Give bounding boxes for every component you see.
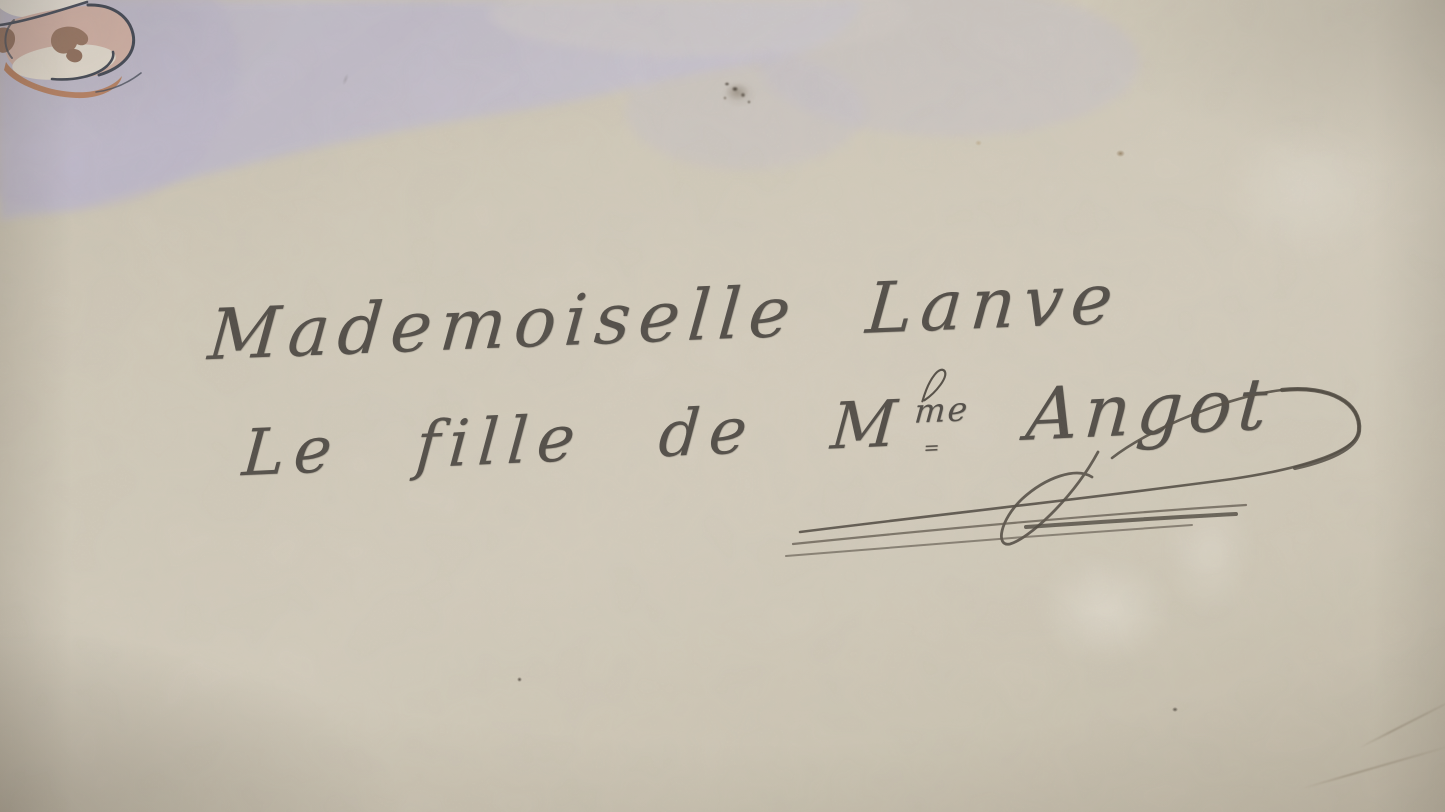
ink-outline-top (0, 2, 87, 25)
paper-speck (975, 140, 982, 146)
paper-speck (1172, 707, 1178, 712)
paper-speck (1116, 150, 1125, 157)
worn-light-patch (1190, 95, 1420, 285)
pink-sole-shape (4, 6, 134, 79)
photo-of-watercolor-inscription: Mademoiselle Lanve Le fille de M me = An… (0, 0, 1445, 812)
ink-outline-inner-bottom (52, 52, 113, 79)
worn-light-patch (1010, 535, 1200, 685)
brown-stain-center (51, 27, 88, 54)
rust-band (4, 62, 122, 98)
curl-path (922, 370, 945, 402)
fabric-shape (0, 0, 88, 17)
brown-stain-small (66, 49, 82, 62)
wash-top-light-band (490, 0, 910, 56)
g-descender-loop (1001, 452, 1098, 544)
ink-outline-sweep (96, 73, 141, 92)
paper-crease (1358, 697, 1445, 750)
wash-fade-right (760, 0, 1140, 137)
wash-fade-blot-area (625, 50, 865, 170)
signature-underline-2 (786, 525, 1192, 556)
handwritten-line-2: Le fille de M me = Angot (240, 361, 1277, 492)
ink-outline-right (88, 5, 134, 75)
paper-speck (517, 677, 522, 682)
ink-outline-left (5, 20, 14, 58)
wash-corner-boost (0, 0, 240, 210)
watercolor-artwork-fragment (0, 0, 190, 140)
worn-light-patch (1150, 455, 1270, 645)
signature-underline-dark (1026, 514, 1236, 527)
name-angot-text: Angot (1023, 361, 1276, 457)
handwritten-line-1: Mademoiselle Lanve (205, 257, 1124, 376)
flourish-swash-heavy (1282, 389, 1359, 468)
paper-speck (341, 73, 351, 87)
ink-blot (715, 72, 765, 116)
paper-crease (1301, 744, 1445, 789)
signature-underline-1 (793, 505, 1246, 544)
cream-inner-area (11, 40, 118, 85)
superscript-me: me = (913, 389, 971, 431)
superscript-curl-stroke (917, 362, 950, 404)
wash-shape (0, 0, 862, 222)
superscript-equals-mark: = (923, 437, 939, 460)
brown-stain-left (0, 28, 15, 53)
line2-start-text: Le fille de M (240, 387, 909, 491)
